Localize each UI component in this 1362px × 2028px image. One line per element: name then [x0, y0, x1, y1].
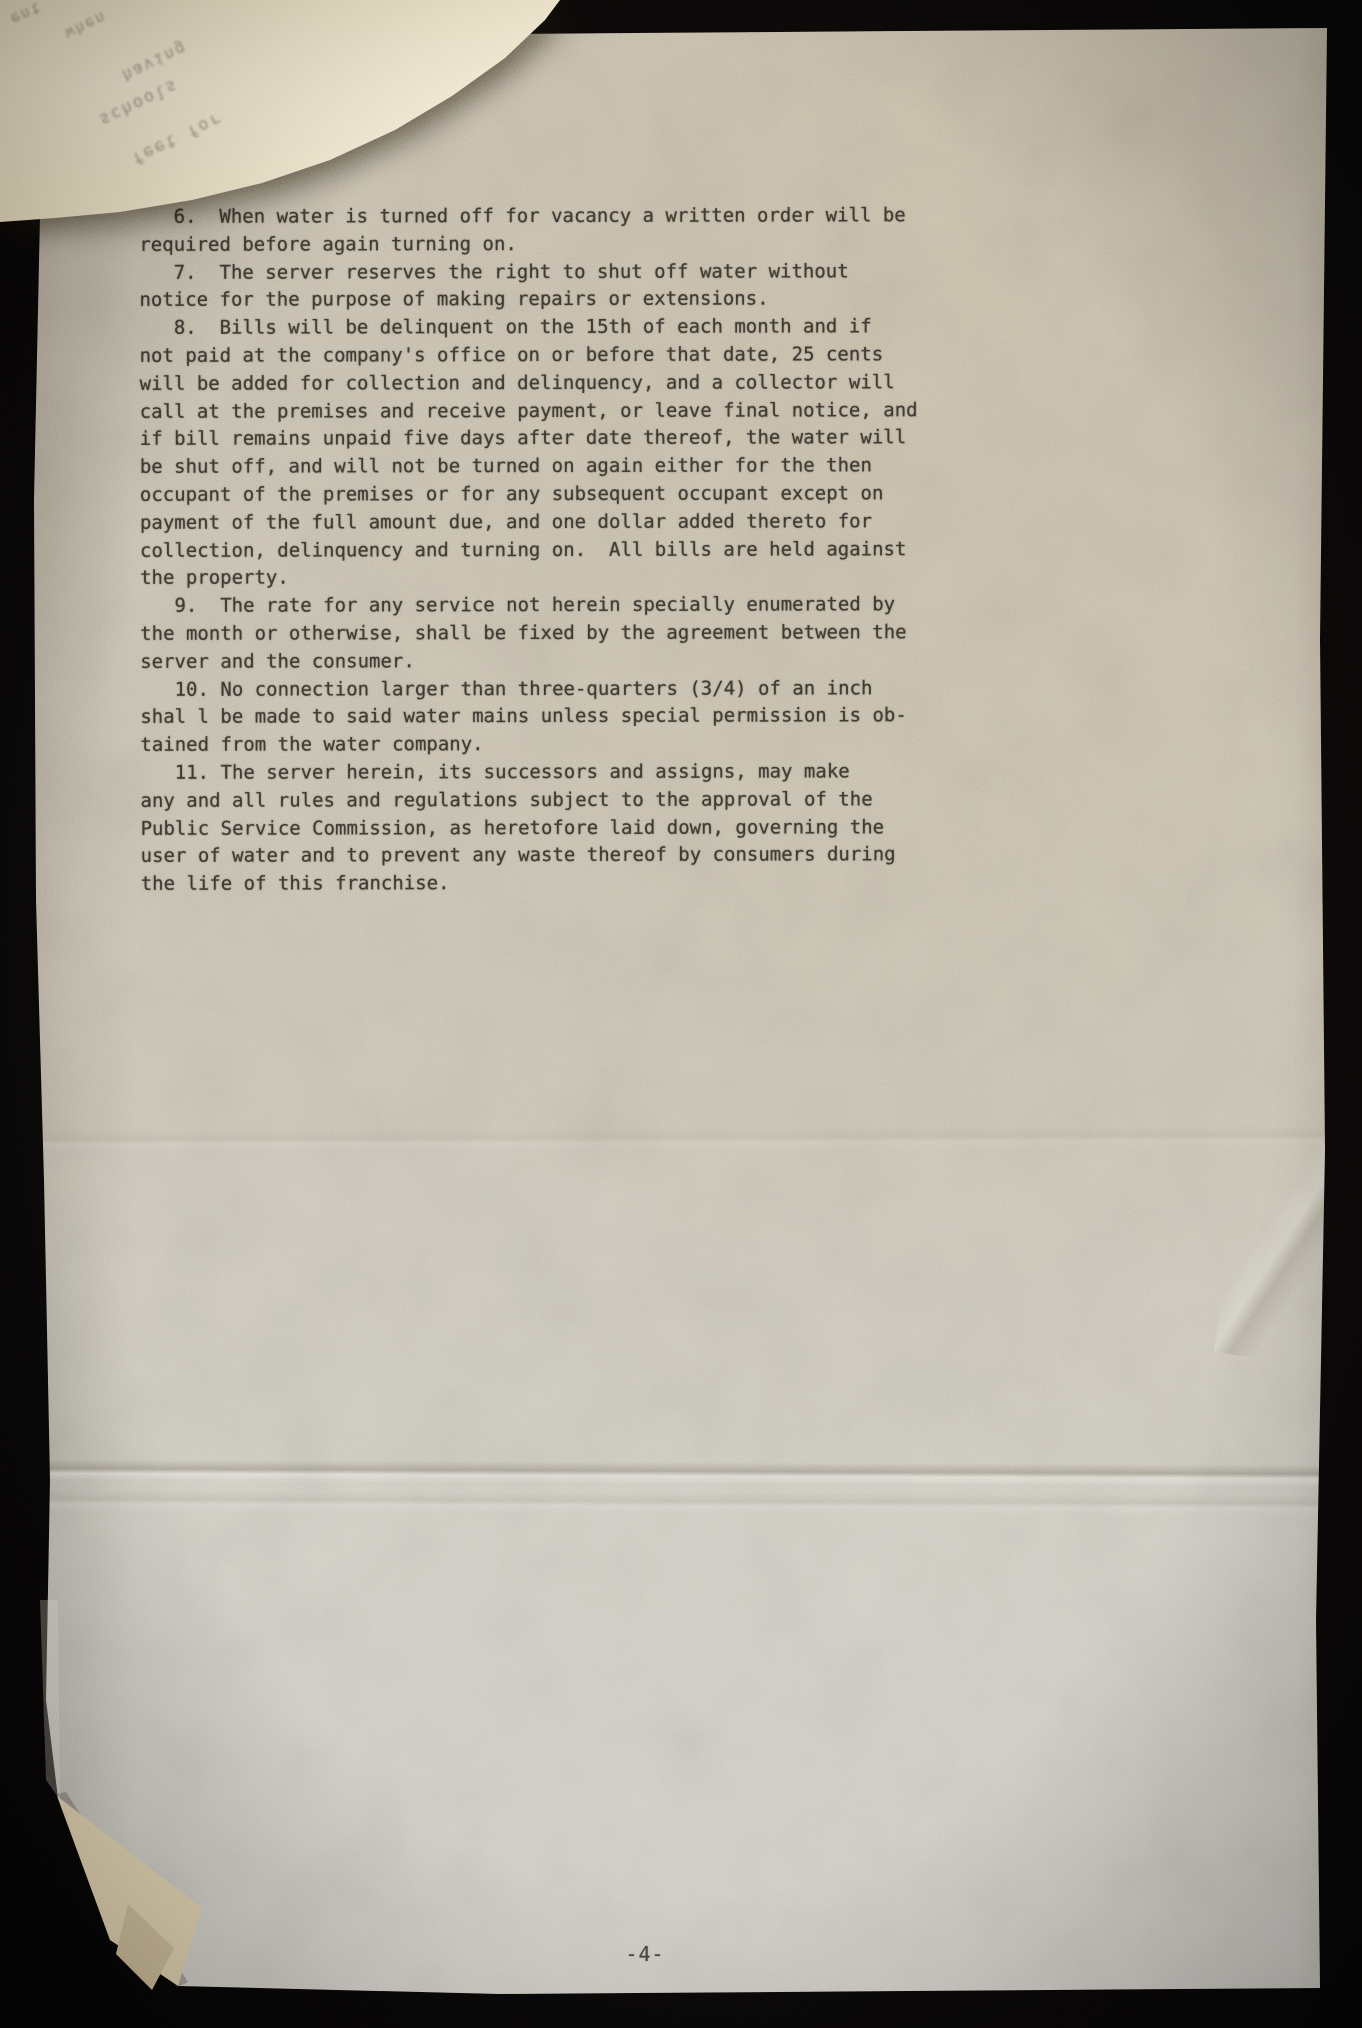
text-line: 8. Bills will be delinquent on the 15th … [140, 313, 960, 343]
text-line: occupant of the premises or for any subs… [140, 480, 960, 510]
overlay-text-fragment: ent [8, 0, 46, 28]
text-line: be shut off, and will not be turned on a… [140, 452, 960, 482]
overlay-text-fragment: having [119, 38, 190, 86]
text-line: not paid at the company's office on or b… [140, 341, 960, 371]
crease-line [36, 1126, 1328, 1153]
overlay-text-fragment: feet for [129, 108, 226, 169]
folded-sheet-paper: entwhenhavingschoolsfeet for [0, 0, 720, 280]
text-line: the month or otherwise, shall be fixed b… [140, 619, 960, 649]
text-line: call at the premises and receive payment… [140, 397, 960, 427]
text-line: tained from the water company. [140, 730, 960, 760]
fold-crease-line-secondary [36, 1490, 1328, 1517]
overlay-text-fragment: schools [96, 74, 182, 130]
text-line: any and all rules and regulations subjec… [140, 786, 960, 816]
text-line: Public Service Commission, as heretofore… [141, 814, 961, 844]
text-line: notice for the purpose of making repairs… [139, 286, 959, 316]
document-page: 6. When water is turned off for vacancy … [0, 0, 1362, 2028]
overlay-text-fragment: when [62, 7, 110, 43]
text-line: if bill remains unpaid five days after d… [140, 425, 960, 455]
folded-sheet-overlay: entwhenhavingschoolsfeet for [0, 0, 720, 280]
text-line: server and the consumer. [140, 647, 960, 677]
page-number: -4- [605, 1942, 685, 1966]
text-line: user of water and to prevent any waste t… [141, 841, 961, 871]
text-line: 9. The rate for any service not herein s… [140, 591, 960, 621]
paper-tone-band [0, 1142, 1362, 1480]
text-line: the property. [140, 564, 960, 594]
photo-backdrop: 6. When water is turned off for vacancy … [0, 0, 1362, 2028]
text-line: payment of the full amount due, and one … [140, 508, 960, 538]
text-line: 10. No connection larger than three-quar… [140, 675, 960, 705]
text-line: the life of this franchise. [141, 869, 961, 899]
text-line: will be added for collection and delinqu… [140, 369, 960, 399]
typewritten-text: 6. When water is turned off for vacancy … [139, 202, 960, 899]
text-line: 11. The server herein, its successors an… [140, 758, 960, 788]
text-line: shal l be made to said water mains unles… [140, 702, 960, 732]
text-line: collection, delinquency and turning on. … [140, 536, 960, 566]
